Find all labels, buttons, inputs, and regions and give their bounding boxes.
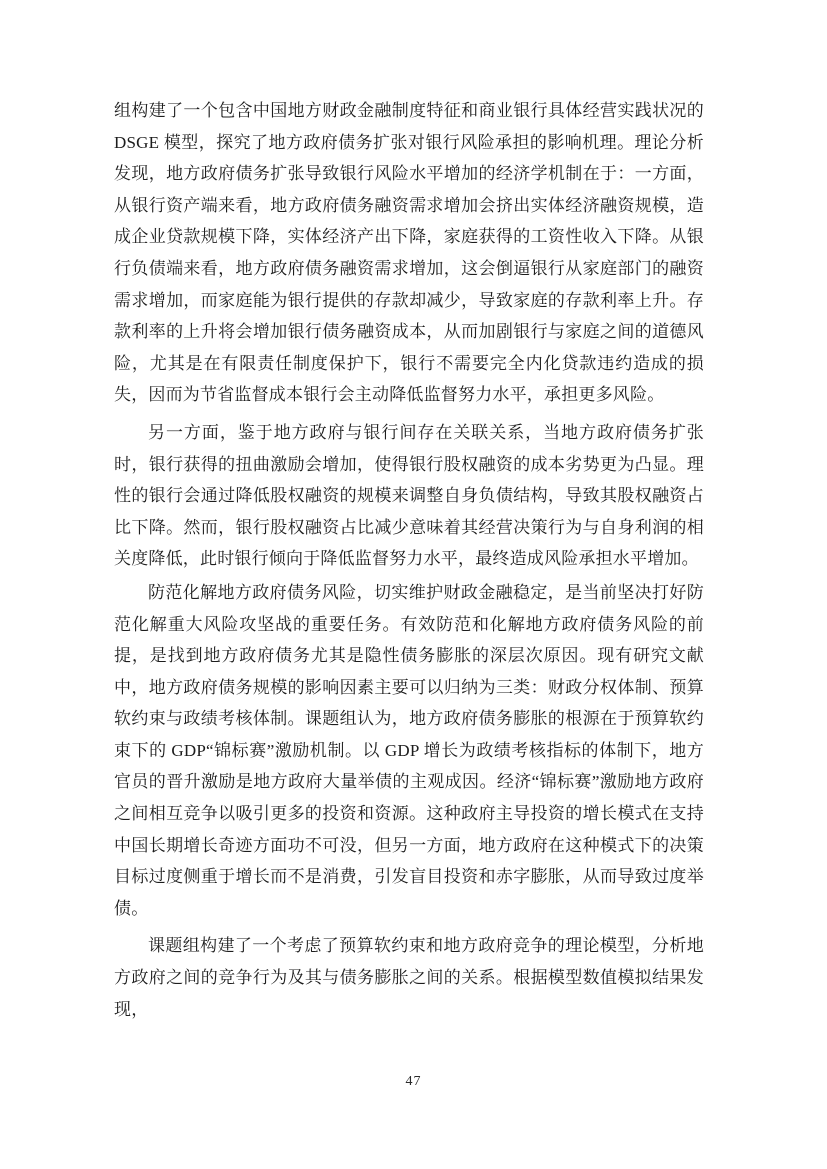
body-text: 组构建了一个包含中国地方财政金融制度特征和商业银行具体经营实践状况的DSGE 模… xyxy=(114,95,704,1025)
paragraph-1: 组构建了一个包含中国地方财政金融制度特征和商业银行具体经营实践状况的DSGE 模… xyxy=(114,95,704,411)
document-page: 组构建了一个包含中国地方财政金融制度特征和商业银行具体经营实践状况的DSGE 模… xyxy=(0,0,827,1169)
paragraph-2: 另一方面，鉴于地方政府与银行间存在关联关系，当地方政府债务扩张时，银行获得的扭曲… xyxy=(114,417,704,575)
page-number: 47 xyxy=(0,1074,827,1090)
paragraph-3: 防范化解地方政府债务风险，切实维护财政金融稳定，是当前坚决打好防范化解重大风险攻… xyxy=(114,577,704,925)
paragraph-4: 课题组构建了一个考虑了预算软约束和地方政府竞争的理论模型，分析地方政府之间的竞争… xyxy=(114,930,704,1025)
